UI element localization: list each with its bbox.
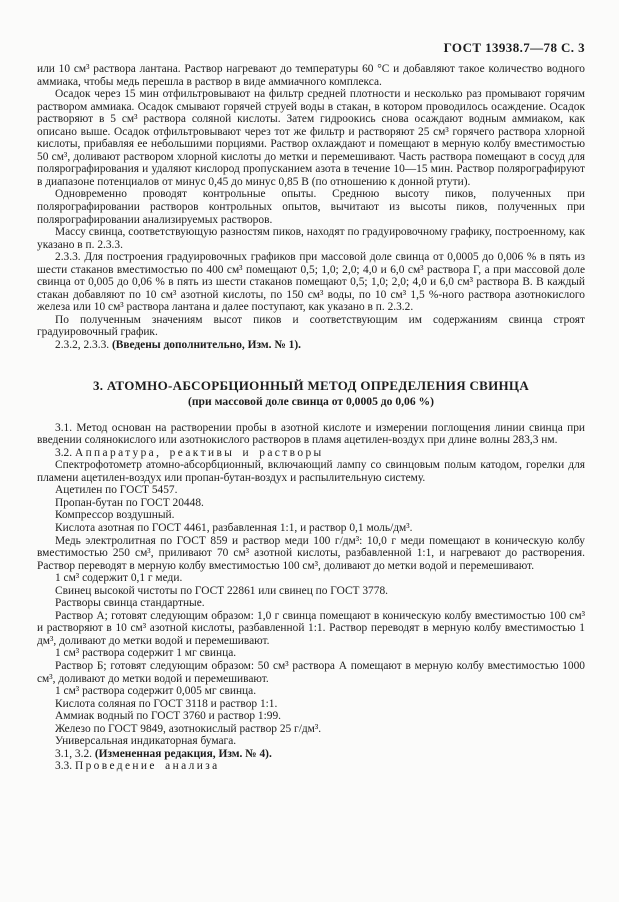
paragraph: Раствор Б; готовят следующим образом: 50…	[37, 660, 585, 685]
paragraph: Ацетилен по ГОСТ 5457.	[37, 484, 585, 497]
paragraph: Спектрофотометр атомно-абсорбционный, вк…	[37, 459, 585, 484]
paragraph: или 10 см³ раствора лантана. Раствор наг…	[37, 63, 585, 88]
document-page: ГОСТ 13938.7—78 С. 3 или 10 см³ раствора…	[0, 0, 619, 902]
text-run: Растворы свинца стандартные.	[55, 597, 205, 609]
text-run: 3.2.	[55, 447, 75, 459]
text-run: Универсальная индикаторная бумага.	[55, 735, 236, 747]
paragraph: Свинец высокой чистоты по ГОСТ 22861 или…	[37, 585, 585, 598]
paragraph: Растворы свинца стандартные.	[37, 597, 585, 610]
section-subtitle: (при массовой доле свинца от 0,0005 до 0…	[37, 395, 585, 409]
paragraph: Аммиак водный по ГОСТ 3760 и раствор 1:9…	[37, 710, 585, 723]
paragraph: 1 см³ содержит 0,1 г меди.	[37, 572, 585, 585]
paragraph: 3.2. Аппаратура, реактивы и растворы	[37, 447, 585, 460]
text-run: Спектрофотометр атомно-абсорбционный, вк…	[37, 459, 585, 484]
text-run: Ацетилен по ГОСТ 5457.	[55, 484, 177, 496]
text-run: Раствор А; готовят следующим образом: 1,…	[37, 610, 585, 647]
text-run: 2.3.2, 2.3.3.	[55, 339, 112, 351]
text-run: Компрессор воздушный.	[55, 509, 174, 521]
text-run: Аппаратура, реактивы и растворы	[75, 447, 324, 459]
text-run: Железо по ГОСТ 9849, азотнокислый раство…	[55, 723, 321, 735]
paragraph: 1 см³ раствора содержит 0,005 мг свинца.	[37, 685, 585, 698]
text-run: 3.3.	[55, 760, 75, 772]
text-run: Осадок через 15 мин отфильтровывают на ф…	[37, 88, 585, 188]
text-run: Массу свинца, соответствующую разностям …	[37, 226, 585, 251]
paragraph: 2.3.2, 2.3.3. (Введены дополнительно, Из…	[37, 339, 585, 352]
paragraph: 3.3. Проведение анализа	[37, 760, 585, 773]
text-run: Кислота азотная по ГОСТ 4461, разбавленн…	[55, 522, 413, 534]
paragraph: Компрессор воздушный.	[37, 509, 585, 522]
text-run: (Измененная редакция, Изм. № 4).	[95, 748, 272, 760]
text-run: 3.1. Метод основан на растворении пробы …	[37, 422, 585, 447]
paragraph: По полученным значениям высот пиков и со…	[37, 314, 585, 339]
text-run: или 10 см³ раствора лантана. Раствор наг…	[37, 63, 585, 88]
running-header: ГОСТ 13938.7—78 С. 3	[37, 40, 585, 55]
paragraph: Универсальная индикаторная бумага.	[37, 735, 585, 748]
section-title: 3. АТОМНО-АБСОРБЦИОННЫЙ МЕТОД ОПРЕДЕЛЕНИ…	[37, 378, 585, 394]
paragraph: Кислота соляная по ГОСТ 3118 и раствор 1…	[37, 698, 585, 711]
paragraph: Кислота азотная по ГОСТ 4461, разбавленн…	[37, 522, 585, 535]
text-run: Медь электролитная по ГОСТ 859 и раствор…	[37, 535, 585, 572]
text-run: (Введены дополнительно, Изм. № 1).	[112, 339, 301, 351]
document-body: или 10 см³ раствора лантана. Раствор наг…	[37, 63, 585, 773]
paragraph: 3.1. Метод основан на растворении пробы …	[37, 422, 585, 447]
paragraph: Железо по ГОСТ 9849, азотнокислый раство…	[37, 723, 585, 736]
text-run: 2.3.3. Для построения градуировочных гра…	[37, 251, 585, 313]
text-run: 1 см³ раствора содержит 0,005 мг свинца.	[55, 685, 256, 697]
text-run: Кислота соляная по ГОСТ 3118 и раствор 1…	[55, 698, 277, 710]
text-run: По полученным значениям высот пиков и со…	[37, 314, 585, 339]
text-run: Пропан-бутан по ГОСТ 20448.	[55, 497, 204, 509]
paragraph: Раствор А; готовят следующим образом: 1,…	[37, 610, 585, 648]
paragraph: 3.1, 3.2. (Измененная редакция, Изм. № 4…	[37, 748, 585, 761]
paragraph: 2.3.3. Для построения градуировочных гра…	[37, 251, 585, 314]
paragraph: Одновременно проводят контрольные опыты.…	[37, 188, 585, 226]
text-run: Свинец высокой чистоты по ГОСТ 22861 или…	[55, 585, 388, 597]
text-run: Проведение анализа	[75, 760, 220, 772]
section-heading: 3. АТОМНО-АБСОРБЦИОННЫЙ МЕТОД ОПРЕДЕЛЕНИ…	[37, 378, 585, 409]
paragraph: Медь электролитная по ГОСТ 859 и раствор…	[37, 535, 585, 573]
text-run: 1 см³ содержит 0,1 г меди.	[55, 572, 182, 584]
text-run: 1 см³ раствора содержит 1 мг свинца.	[55, 647, 236, 659]
paragraph: Пропан-бутан по ГОСТ 20448.	[37, 497, 585, 510]
text-run: Аммиак водный по ГОСТ 3760 и раствор 1:9…	[55, 710, 281, 722]
paragraph: Осадок через 15 мин отфильтровывают на ф…	[37, 88, 585, 188]
paragraph: 1 см³ раствора содержит 1 мг свинца.	[37, 647, 585, 660]
text-run: Одновременно проводят контрольные опыты.…	[37, 188, 585, 225]
text-run: Раствор Б; готовят следующим образом: 50…	[37, 660, 585, 685]
text-run: 3.1, 3.2.	[55, 748, 95, 760]
paragraph: Массу свинца, соответствующую разностям …	[37, 226, 585, 251]
